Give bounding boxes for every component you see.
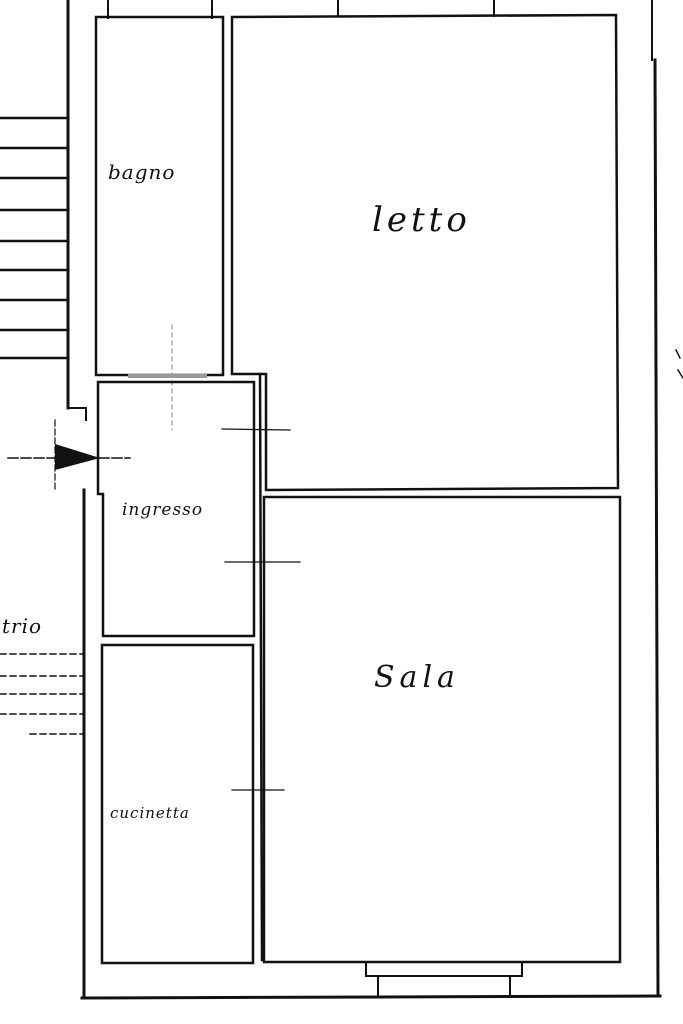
window-bottom-sala [366,963,522,996]
room-bagno-walls [96,17,223,430]
room-label-bagno: bagno [108,160,175,184]
side-mark [676,350,683,378]
atrio-label: trio [2,614,42,638]
room-label-ingresso: ingresso [122,500,203,520]
room-letto-walls [232,15,618,490]
exterior-wall [68,0,660,998]
room-label-sala: Sala [374,660,460,695]
room-label-letto: letto [372,200,471,240]
room-label-cucinetta: cucinetta [110,804,190,822]
stairs-lower [0,654,84,734]
window-top-letto [338,0,494,16]
entrance-arrow-icon [8,420,130,492]
stairs-upper [0,118,68,358]
window-top-bagno [108,0,212,18]
floor-plan [0,0,683,1024]
room-ingresso-walls [98,374,300,960]
room-sala-walls [264,497,620,962]
